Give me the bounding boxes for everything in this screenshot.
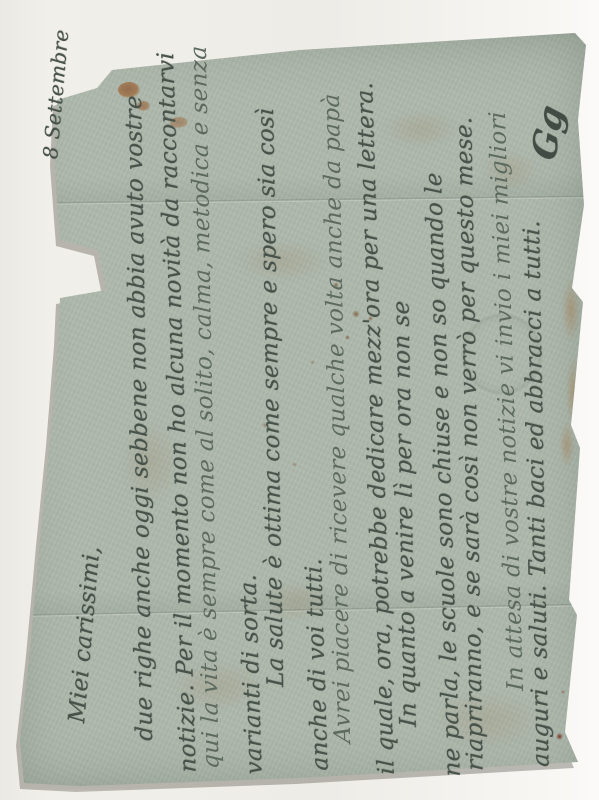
- salutation: Miei carissimi,: [64, 545, 105, 724]
- signature-flourish: Gg: [525, 100, 572, 165]
- letter-scan: 8 Settembre Miei carissimi, due righe an…: [0, 0, 599, 800]
- date-line: 8 Settembre: [38, 28, 73, 160]
- speck-stain: [573, 772, 578, 777]
- handwritten-text-block: 8 Settembre Miei carissimi, due righe an…: [38, 52, 558, 787]
